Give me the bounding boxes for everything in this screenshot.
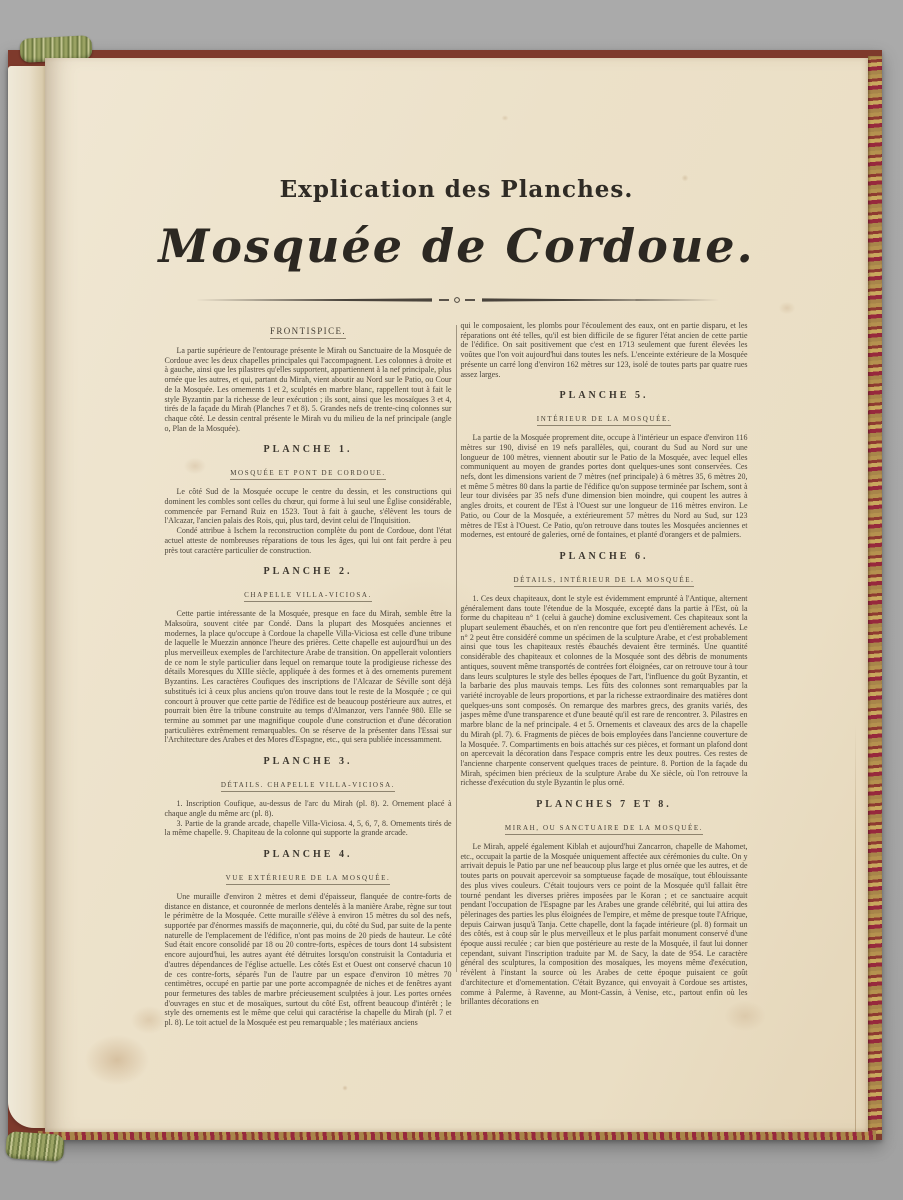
- paragraph: Cette partie intéressante de la Mosquée,…: [165, 609, 452, 745]
- section-planche-5: PLANCHE 5. INTÉRIEUR DE LA MOSQUÉE. La p…: [461, 390, 748, 540]
- section-heading: PLANCHES 7 ET 8.: [461, 799, 748, 810]
- section-planches-7-8: PLANCHES 7 ET 8. MIRAH, OU SANCTUAIRE DE…: [461, 799, 748, 1007]
- scan-background: Explication des Planches. Mosquée de Cor…: [0, 0, 903, 1200]
- section-frontispice: FRONTISPICE. La partie supérieure de l'e…: [165, 321, 452, 433]
- section-subheading: CHAPELLE VILLA-VICIOSA.: [244, 591, 372, 602]
- paragraph: La partie de la Mosquée proprement dite,…: [461, 433, 748, 540]
- section-heading: FRONTISPICE.: [270, 326, 346, 339]
- section-planche-6: PLANCHE 6. DÉTAILS, INTÉRIEUR DE LA MOSQ…: [461, 551, 748, 788]
- section-planche-3: PLANCHE 3. DÉTAILS. CHAPELLE VILLA-VICIO…: [165, 756, 452, 838]
- book-page: Explication des Planches. Mosquée de Cor…: [45, 58, 868, 1132]
- section-heading: PLANCHE 6.: [461, 551, 748, 562]
- page-content: Explication des Planches. Mosquée de Cor…: [45, 58, 868, 1132]
- section-subheading: MIRAH, OU SANCTUAIRE DE LA MOSQUÉE.: [505, 824, 703, 835]
- section-heading: PLANCHE 2.: [165, 566, 452, 577]
- section-heading: PLANCHE 3.: [165, 756, 452, 767]
- page-title: Explication des Planches.: [45, 58, 868, 203]
- section-heading: PLANCHE 4.: [165, 849, 452, 860]
- section-subheading: DÉTAILS, INTÉRIEUR DE LA MOSQUÉE.: [514, 576, 695, 587]
- gilt-board-edge-bottom: [38, 1131, 876, 1140]
- section-subheading: DÉTAILS. CHAPELLE VILLA-VICIOSA.: [221, 781, 395, 792]
- paragraph: Le côté Sud de la Mosquée occupe le cent…: [165, 487, 452, 526]
- paragraph: 1. Inscription Coufique, au-dessus de l'…: [165, 799, 452, 818]
- paragraph: 3. Partie de la grande arcade, chapelle …: [165, 819, 452, 838]
- column-divider-rule: [456, 325, 457, 972]
- paragraph: La partie supérieure de l'entourage prés…: [165, 346, 452, 433]
- endband-bottom: [5, 1131, 65, 1162]
- page-subtitle: Mosquée de Cordoue.: [45, 219, 868, 273]
- section-planche-4-continuation: qui le composaient, les plombs pour l'éc…: [461, 321, 748, 379]
- gilt-board-edge: [868, 56, 882, 1134]
- section-planche-2: PLANCHE 2. CHAPELLE VILLA-VICIOSA. Cette…: [165, 566, 452, 745]
- left-column: FRONTISPICE. La partie supérieure de l'e…: [165, 321, 452, 1032]
- flyleaf-edge: [8, 66, 46, 1128]
- section-subheading: INTÉRIEUR DE LA MOSQUÉE.: [537, 415, 671, 426]
- paragraph: qui le composaient, les plombs pour l'éc…: [461, 321, 748, 379]
- section-subheading: MOSQUÉE ET PONT DE CORDOUE.: [230, 469, 386, 480]
- paragraph: 1. Ces deux chapiteaux, dont le style es…: [461, 594, 748, 788]
- section-heading: PLANCHE 1.: [165, 444, 452, 455]
- paragraph: Le Mirah, appelé également Kiblah et auj…: [461, 842, 748, 1007]
- divider-ornament: [187, 295, 727, 305]
- two-column-text: FRONTISPICE. La partie supérieure de l'e…: [165, 321, 749, 1032]
- paragraph: Condé attribue à Ischem la reconstructio…: [165, 526, 452, 555]
- section-planche-1: PLANCHE 1. MOSQUÉE ET PONT DE CORDOUE. L…: [165, 444, 452, 555]
- section-subheading: VUE EXTÉRIEURE DE LA MOSQUÉE.: [226, 874, 391, 885]
- paragraph: Une muraille d'environ 2 mètres et demi …: [165, 892, 452, 1028]
- section-heading: PLANCHE 5.: [461, 390, 748, 401]
- section-planche-4: PLANCHE 4. VUE EXTÉRIEURE DE LA MOSQUÉE.…: [165, 849, 452, 1028]
- right-column: qui le composaient, les plombs pour l'éc…: [461, 321, 748, 1032]
